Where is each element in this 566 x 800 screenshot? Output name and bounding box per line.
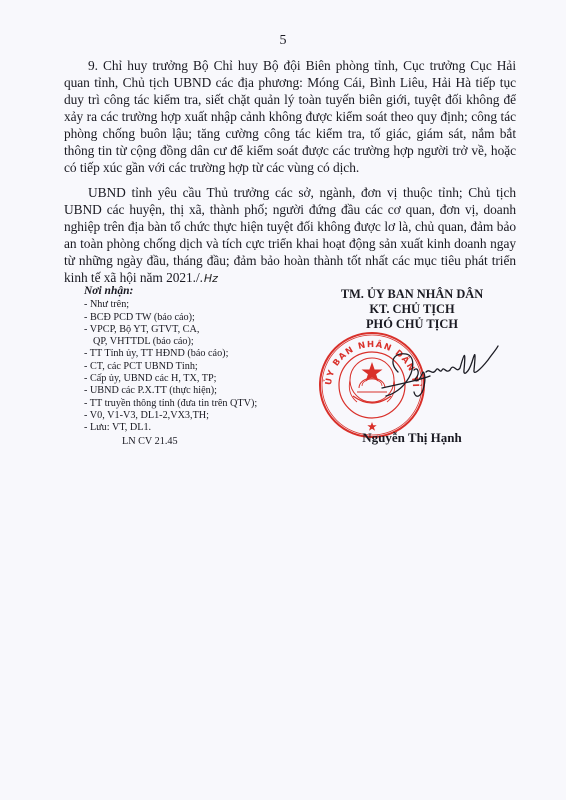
page-number: 5 — [0, 33, 566, 49]
signature-line-on-behalf: KT. CHỦ TỊCH — [300, 302, 524, 317]
recipients-title: Nơi nhận: — [84, 285, 304, 297]
recipient-item: - Cấp ủy, UBND các H, TX, TP; — [84, 373, 304, 385]
recipients-list: - Như trên; - BCĐ PCD TW (báo cáo); - VP… — [84, 299, 304, 434]
recipient-item: - Như trên; — [84, 299, 304, 311]
recipient-item: - CT, các PCT UBND Tỉnh; — [84, 361, 304, 373]
paragraph-closing-request: UBND tỉnh yêu cầu Thủ trưởng các sở, ngà… — [64, 184, 516, 287]
handwritten-initials: Hz — [204, 272, 218, 285]
recipient-item: - BCĐ PCD TW (báo cáo); — [84, 312, 304, 324]
recipients-block: Nơi nhận: - Như trên; - BCĐ PCD TW (báo … — [84, 285, 304, 448]
recipient-item: - V0, V1-V3, DL1-2,VX3,TH; — [84, 410, 304, 422]
signer-name: Nguyễn Thị Hạnh — [300, 430, 524, 446]
recipient-item: - UBND các P.X.TT (thực hiện); — [84, 385, 304, 397]
paragraph-item-9: 9. Chỉ huy trưởng Bộ Chỉ huy Bộ đội Biên… — [64, 57, 516, 176]
signature-line-authority: TM. ỦY BAN NHÂN DÂN — [300, 287, 524, 302]
recipient-item-continuation: QP, VHTTDL (báo cáo); — [84, 336, 304, 348]
recipient-item: - VPCP, Bộ YT, GTVT, CA, — [84, 324, 304, 336]
document-page: 5 9. Chỉ huy trưởng Bộ Chỉ huy Bộ đội Bi… — [0, 0, 566, 800]
recipient-item: - Lưu: VT, DL1. — [84, 422, 304, 434]
paragraph-text: UBND tỉnh yêu cầu Thủ trưởng các sở, ngà… — [64, 185, 516, 285]
reference-code: LN CV 21.45 — [84, 436, 304, 448]
handwritten-signature — [380, 340, 500, 410]
paragraph-text: 9. Chỉ huy trưởng Bộ Chỉ huy Bộ đội Biên… — [64, 58, 516, 175]
signature-title-block: TM. ỦY BAN NHÂN DÂN KT. CHỦ TỊCH PHÓ CHỦ… — [300, 287, 524, 332]
recipient-item: - TT truyền thông tỉnh (đưa tin trên QTV… — [84, 398, 304, 410]
recipient-item: - TT Tỉnh ủy, TT HĐND (báo cáo); — [84, 348, 304, 360]
